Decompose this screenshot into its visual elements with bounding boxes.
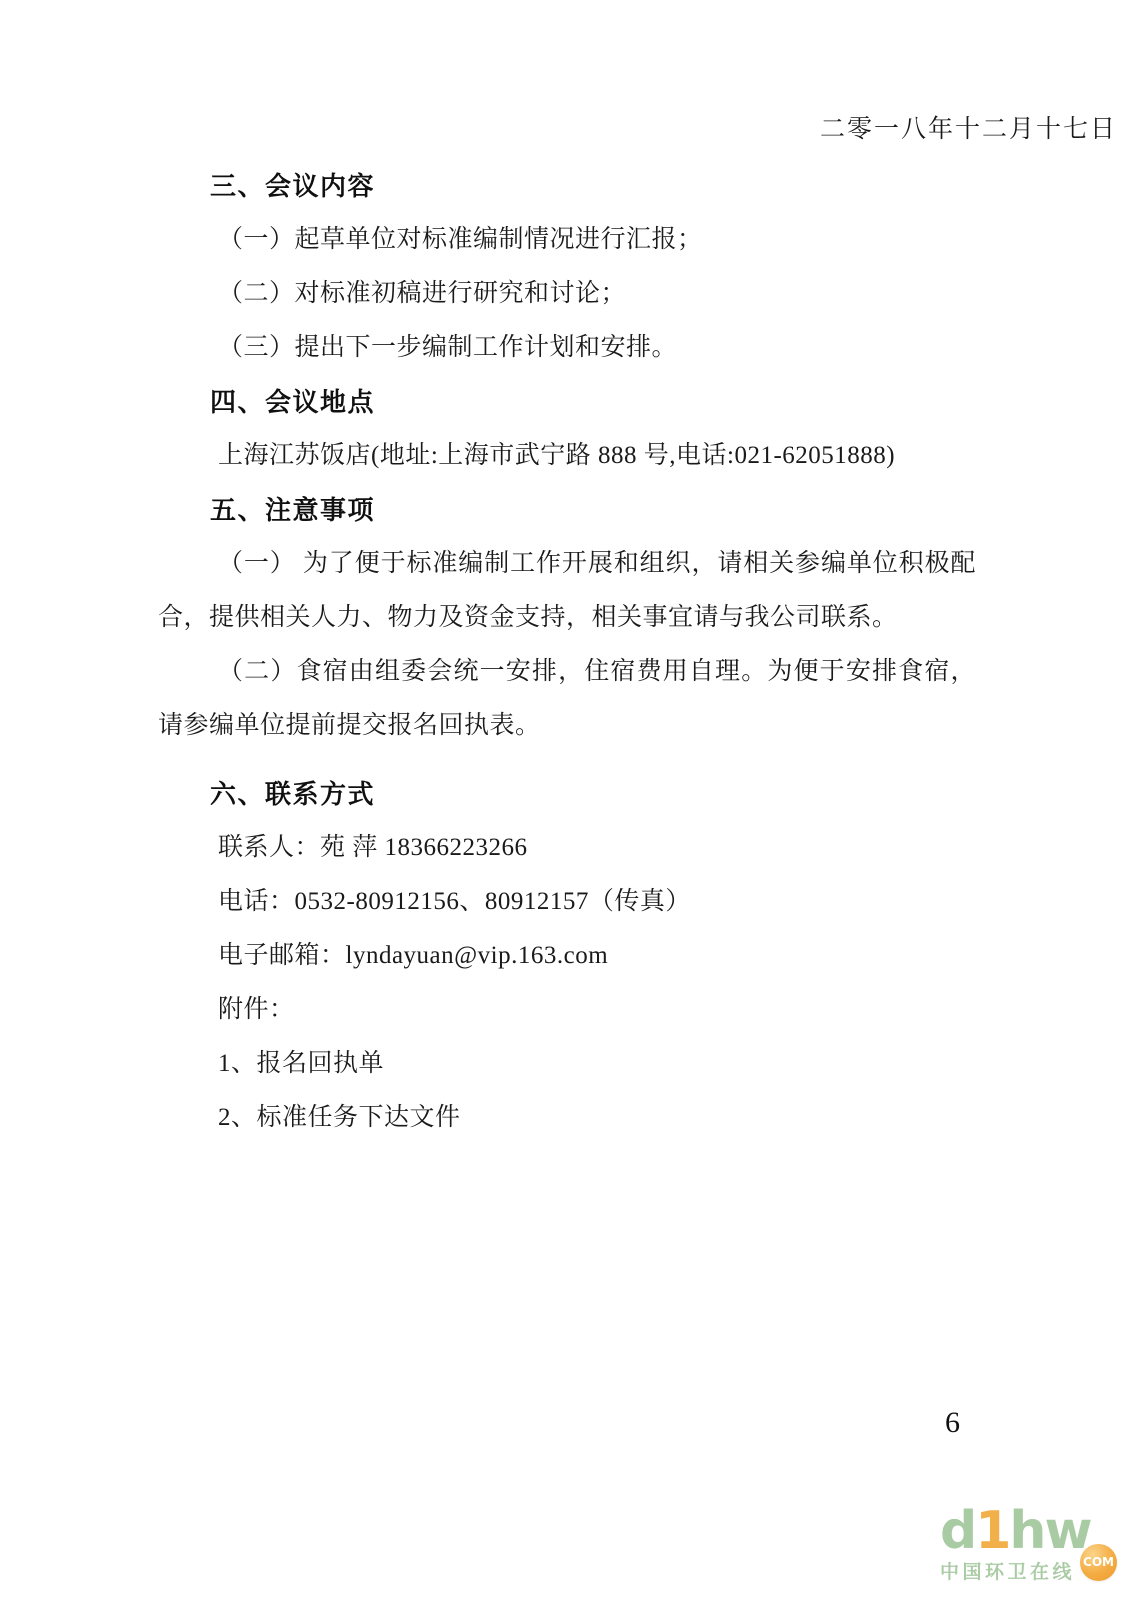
paragraph: 2、标准任务下达文件 — [158, 1091, 976, 1145]
paragraph: （二）对标准初稿进行研究和讨论； — [158, 267, 976, 321]
paragraph: 上海江苏饭店(地址:上海市武宁路 888 号,电话:021-62051888) — [158, 429, 976, 483]
logo-digit-one: 1 — [975, 1501, 1009, 1561]
paragraph: （一） 为了便于标准编制工作开展和组织，请相关参编单位积极配合，提供相关人力、物… — [158, 537, 976, 645]
document-body: 三、会议内容（一）起草单位对标准编制情况进行汇报；（二）对标准初稿进行研究和讨论… — [158, 159, 976, 1145]
watermark-wordmark: d1hw COM — [940, 1507, 1115, 1555]
paragraph: 联系人：苑 萍 18366223266 — [158, 821, 976, 875]
logo-letter-d: d — [940, 1501, 975, 1561]
logo-text: d1hw — [940, 1501, 1090, 1561]
paragraph: （三）提出下一步编制工作计划和安排。 — [158, 321, 976, 375]
section-heading: 六、联系方式 — [158, 767, 976, 821]
paragraph: 附件： — [158, 983, 976, 1037]
logo-com-badge: COM — [1080, 1544, 1117, 1581]
paragraph: （一）起草单位对标准编制情况进行汇报； — [158, 213, 976, 267]
paragraph: 1、报名回执单 — [158, 1037, 976, 1091]
paragraph: （二）食宿由组委会统一安排，住宿费用自理。为便于安排食宿，请参编单位提前提交报名… — [158, 645, 976, 753]
document-date: 二零一八年十二月十七日 — [0, 103, 1131, 157]
section-heading: 三、会议内容 — [158, 159, 976, 213]
watermark-logo: d1hw COM 中国环卫在线 — [940, 1507, 1115, 1584]
section-heading: 五、注意事项 — [158, 483, 976, 537]
document-page: 三、会议内容（一）起草单位对标准编制情况进行汇报；（二）对标准初稿进行研究和讨论… — [0, 0, 1131, 1600]
page-number: 6 — [945, 1406, 960, 1440]
logo-letters-hw: hw — [1009, 1501, 1090, 1561]
section-heading: 四、会议地点 — [158, 375, 976, 429]
paragraph: 电话：0532-80912156、80912157（传真） — [158, 875, 976, 929]
paragraph: 电子邮箱：lyndayuan@vip.163.com — [158, 929, 976, 983]
